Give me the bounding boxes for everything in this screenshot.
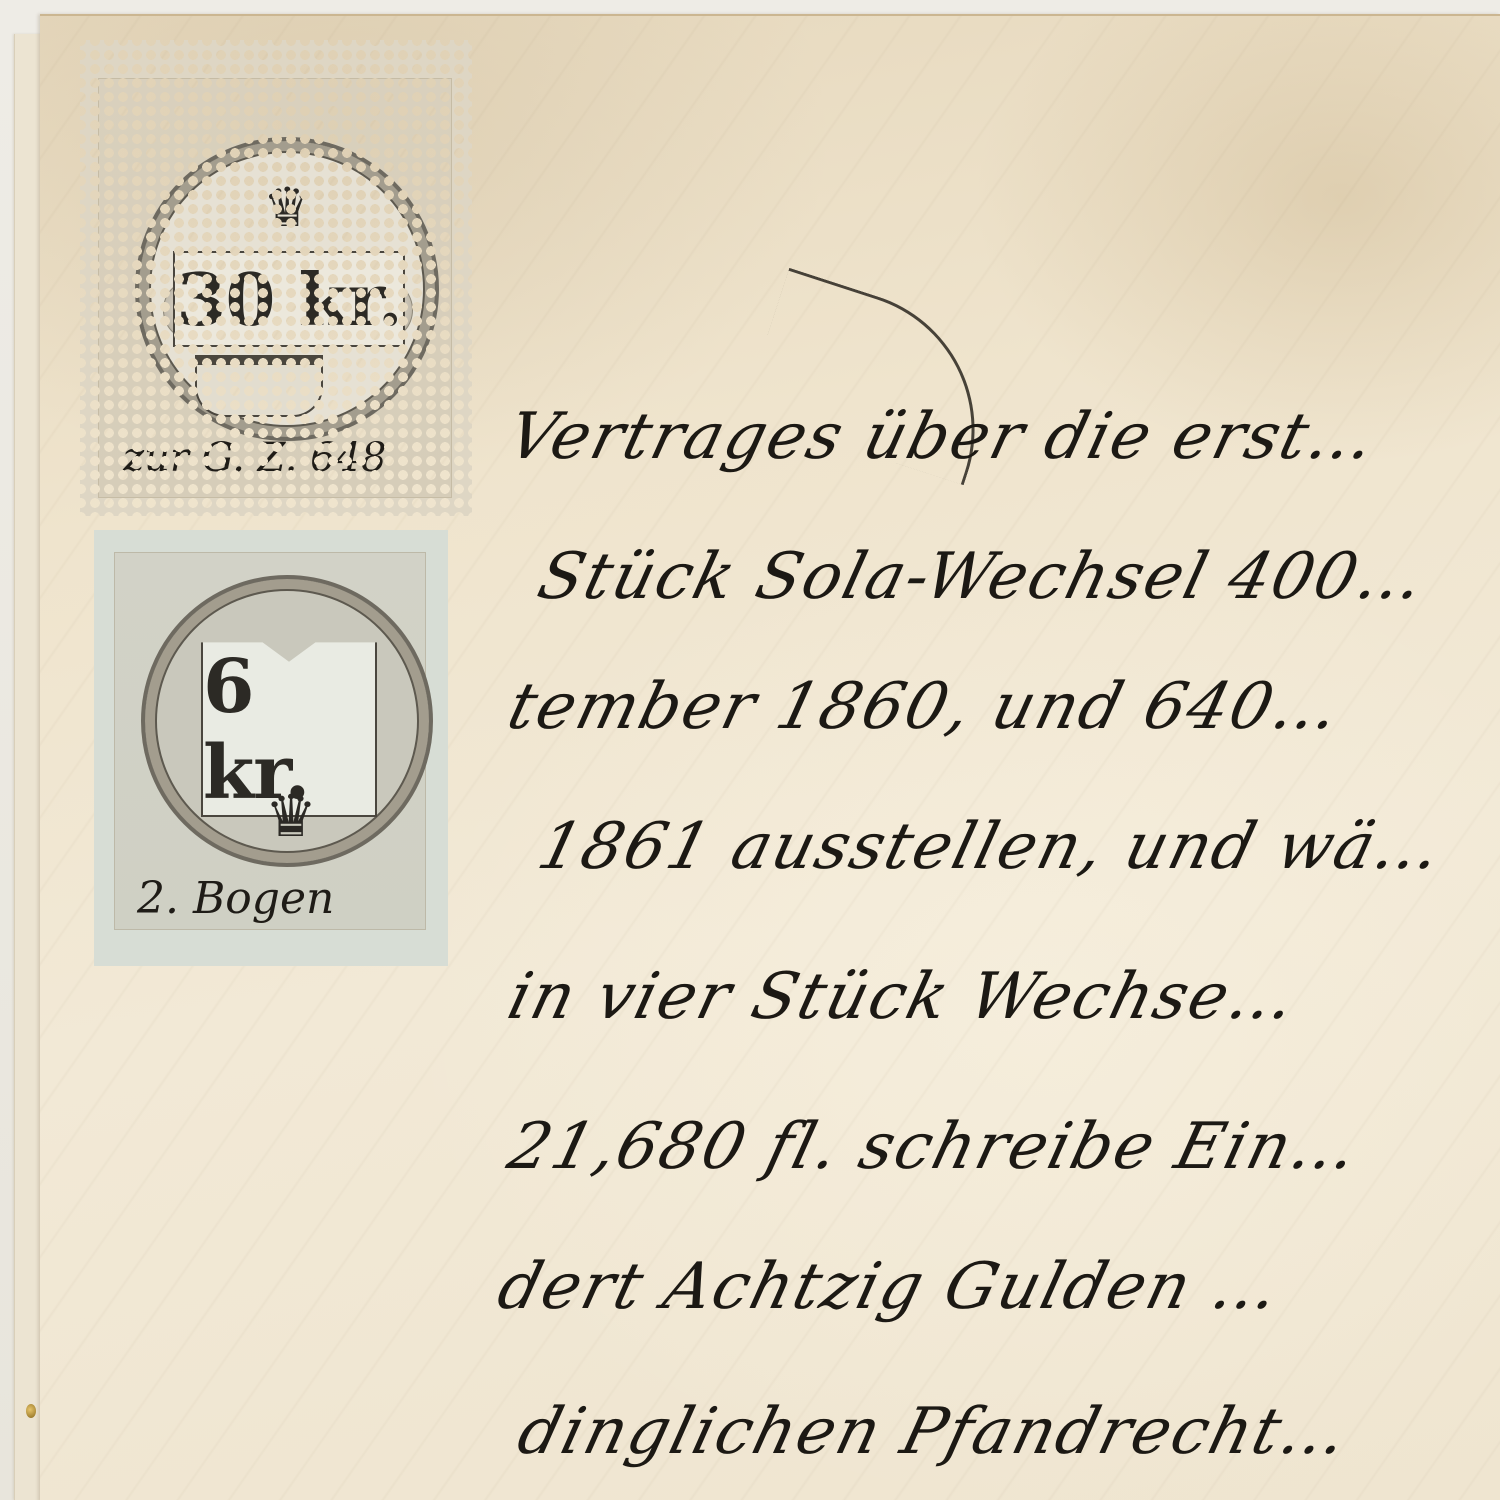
handwritten-line: 1861 ausstellen, und wä… xyxy=(531,810,1451,884)
handwritten-line: Stück Sola-Wechsel 400… xyxy=(531,540,1434,614)
handwritten-line: dinglichen Pfandrecht… xyxy=(511,1395,1357,1469)
handwritten-body: Vertrages über die erst… Stück Sola-Wech… xyxy=(0,0,1500,1500)
handwritten-line: 21,680 fl. schreibe Ein… xyxy=(501,1110,1367,1184)
handwritten-line: in vier Stück Wechse… xyxy=(501,960,1305,1034)
handwritten-line: tember 1860, und 640… xyxy=(501,670,1349,744)
handwritten-line: dert Achtzig Gulden … xyxy=(491,1250,1289,1324)
handwritten-line: Vertrages über die erst… xyxy=(501,400,1384,474)
